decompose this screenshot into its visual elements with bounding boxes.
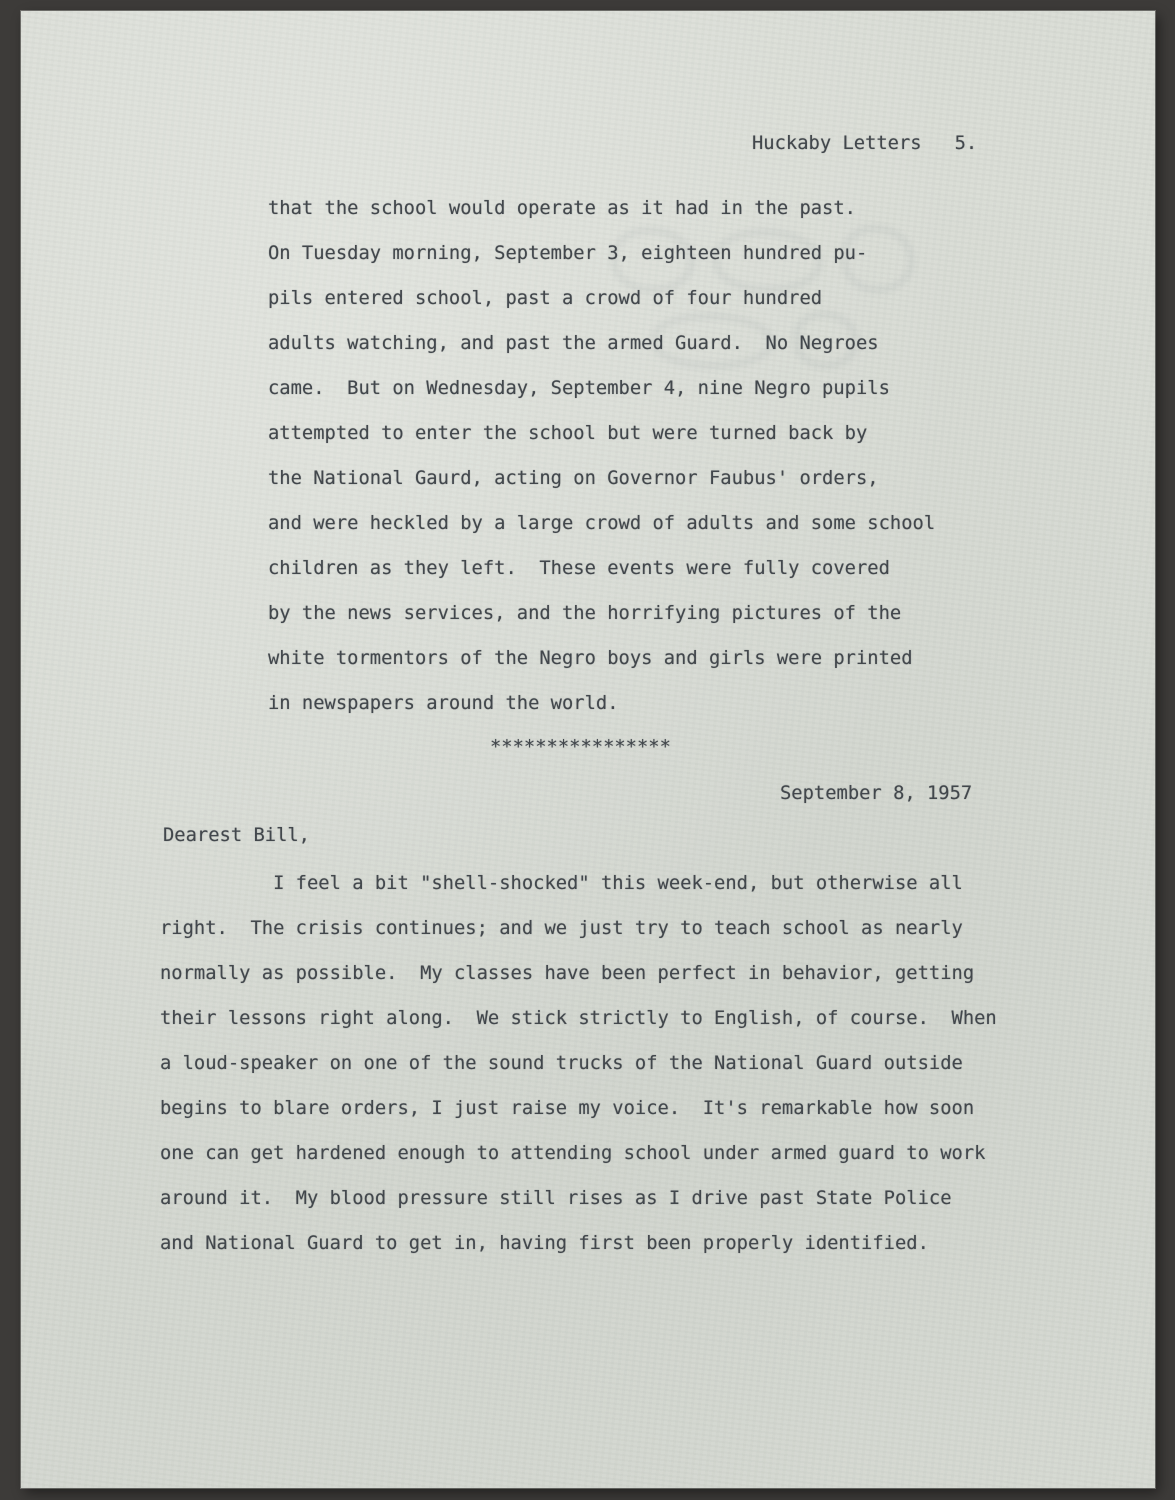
- page-number: 5.: [955, 121, 978, 166]
- salutation: Dearest Bill,: [163, 813, 310, 858]
- letter-page: Huckaby Letters5. that the school would …: [21, 11, 1155, 1488]
- header-title: Huckaby Letters: [752, 133, 922, 154]
- letter-paragraph-continued: that the school would operate as it had …: [268, 186, 935, 726]
- letter-body-paragraph: I feel a bit "shell-shocked" this week-e…: [160, 861, 997, 1266]
- asterisk-separator: ****************: [490, 725, 671, 770]
- page-header: Huckaby Letters5.: [752, 121, 977, 166]
- date-line: September 8, 1957: [780, 771, 972, 816]
